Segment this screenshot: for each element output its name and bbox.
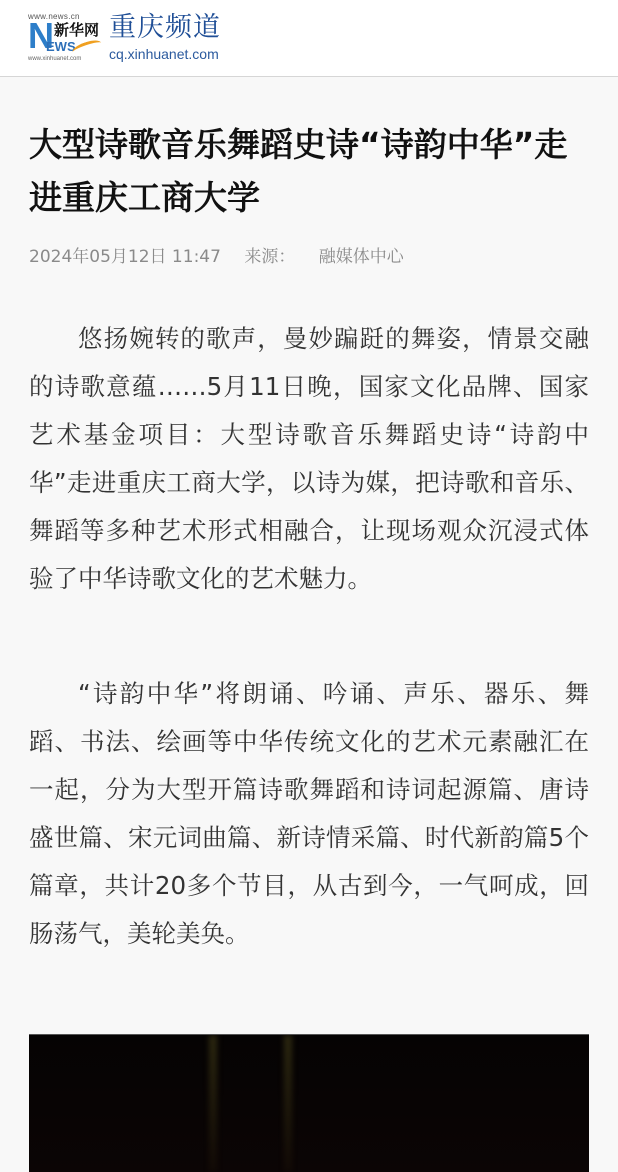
stage-light-beam [284,1035,292,1171]
source-label: 来源： [244,247,295,267]
site-header: www.news.cn N 新华网 EWS www.xinhuanet.com … [0,0,618,77]
channel-url[interactable]: cq.xinhuanet.com [109,46,219,62]
article-meta: 2024年05月12日 11:47 来源： 融媒体中心 [29,242,422,267]
channel-name[interactable]: 重庆频道 [109,12,221,44]
article-paragraph: 悠扬婉转的歌声，曼妙蹁跹的舞姿，情景交融的诗歌意蕴……5月11日晚，国家文化品牌… [29,315,589,603]
logo-letters-ews: EWS [46,40,76,54]
publish-datetime: 2024年05月12日 11:47 [29,247,221,267]
xinhuanet-logo[interactable]: www.news.cn N 新华网 EWS www.xinhuanet.com [28,12,104,62]
logo-url-bottom: www.xinhuanet.com [28,56,81,62]
logo-brand-cn: 新华网 [54,22,99,38]
article-paragraph: “诗韵中华”将朗诵、吟诵、声乐、器乐、舞蹈、书法、绘画等中华传统文化的艺术元素融… [29,670,589,958]
article-media[interactable] [29,1034,589,1171]
stage-light-beam [209,1035,217,1171]
article-title: 大型诗歌音乐舞蹈史诗“诗韵中华”走进重庆工商大学 [29,118,589,224]
source-name: 融媒体中心 [319,247,404,267]
